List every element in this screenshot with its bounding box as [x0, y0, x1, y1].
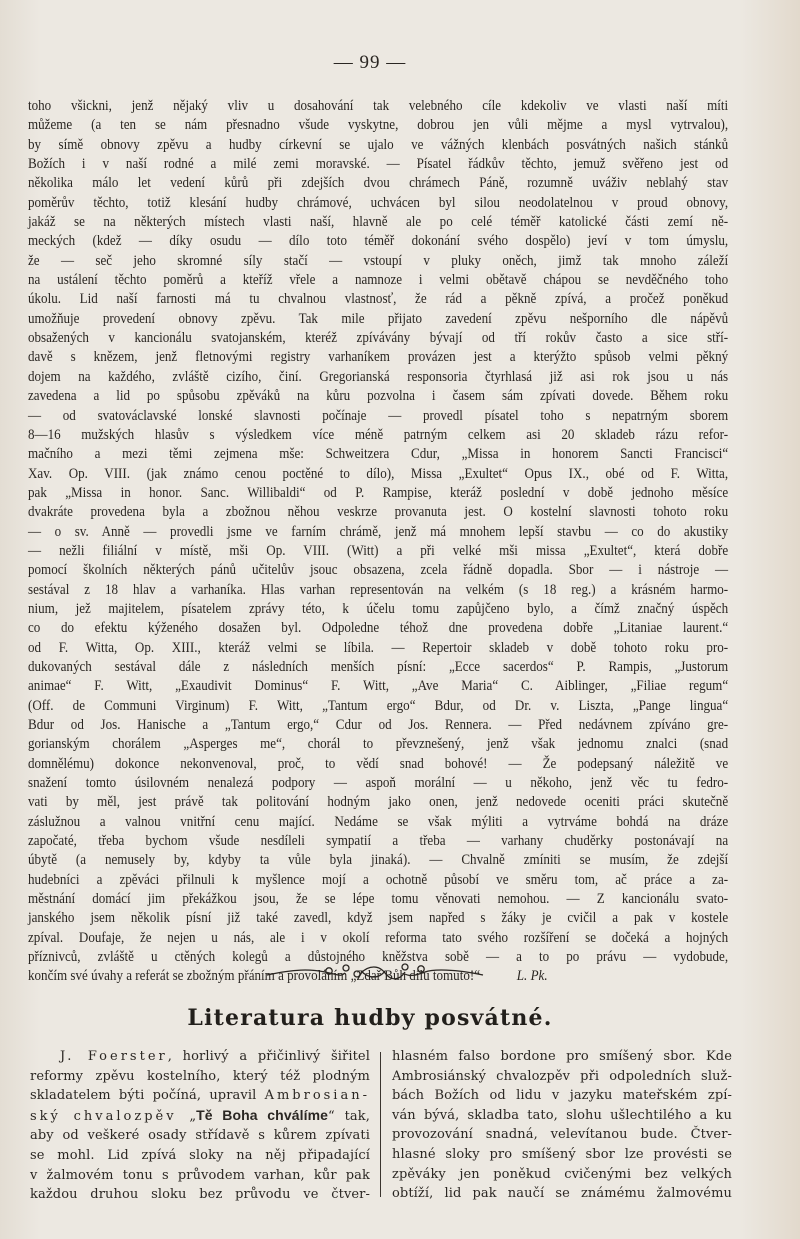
text-line: zpíval. Doufaje, že nejen u nás, ale i v…: [28, 929, 728, 948]
text-line: dvakráte provedena byla a zbožnou něhou …: [28, 503, 728, 522]
text-line: aby od veškeré osady střídavě s kůrem zp…: [30, 1126, 370, 1146]
text-line: davě s knězem, jenž fletnovými registry …: [28, 348, 728, 367]
text-fragment: , horlivý a přičinlivý šiřitel: [168, 1049, 370, 1064]
text-line: toho všickni, jenž nějaký vliv u dosahov…: [28, 97, 728, 116]
column-divider: [380, 1052, 381, 1197]
text-line: snažení tomto úsilovném nenalezá podpory…: [28, 774, 728, 793]
text-line: animae“ F. Witt, „Exaudivit Dominus“ F. …: [28, 677, 728, 696]
text-line: se mohl. Lid zpívá sloky na něj připadaj…: [30, 1146, 370, 1166]
scroll-flourish-divider-icon: [265, 955, 485, 985]
author-signature: L. Pk.: [517, 968, 548, 984]
text-line: skladatelem býti počíná, upravil Ambrosi…: [30, 1086, 370, 1106]
text-line: J. Foerster, horlivý a přičinlivý šiřite…: [30, 1047, 370, 1067]
text-line: dukovaných sestával dále z následních me…: [28, 658, 728, 677]
text-line: meckých (kdež — díky osudu — dílo toto t…: [28, 232, 728, 251]
text-line: městnání domácí jim překážkou jsou, že s…: [28, 890, 728, 909]
right-column: hlasném falso bordone pro smíšený sbor. …: [392, 1047, 732, 1204]
text-line: janského jsem několik písní již také zav…: [28, 909, 728, 928]
text-line: hudebníci a zpěváci přilnuli k myšlence …: [28, 871, 728, 890]
text-line: že — seč jeho skromné síly stačí — vstou…: [28, 252, 728, 271]
text-line: — o sv. Anně — provedli jsme ve farním c…: [28, 523, 728, 542]
text-line: záslužnou a valnou vnitřní cenu mající. …: [28, 813, 728, 832]
text-line: Božích i v naší rodné a milé zemi moravs…: [28, 155, 728, 174]
text-fragment: “ tak,: [328, 1109, 370, 1124]
hymn-title: Tě Boha chválíme: [196, 1107, 328, 1123]
article-body: toho všickni, jenž nějaký vliv u dosahov…: [28, 97, 728, 987]
text-line: zavedena a lid po spůsobu zpěváků na kůr…: [28, 387, 728, 406]
text-line: hlasném falso bordone pro smíšený sbor. …: [392, 1047, 732, 1067]
text-line: (Off. de Communi Virginum) F. Witt, „Tan…: [28, 697, 728, 716]
text-line: — nežli filiální v místě, mši Op. VIII. …: [28, 542, 728, 561]
text-line: každou druhou sloku bez průvodu ve čtver…: [30, 1185, 370, 1205]
text-line: domnělému) dokonce nekonvenoval, proč, t…: [28, 755, 728, 774]
text-line: reformy zpěvu kostelního, který též plod…: [30, 1067, 370, 1087]
text-line: úkolu. Lid naší farnosti má tu chvalnou …: [28, 290, 728, 309]
text-line: poměrův těchto, totiž klesání hudby chrá…: [28, 194, 728, 213]
text-line: od F. Witta, Op. XIII., kteráž velmi se …: [28, 639, 728, 658]
text-fragment: skladatelem býti počíná, upravil: [30, 1088, 265, 1103]
text-line: několika málo let vedení kůrů při zdejší…: [28, 174, 728, 193]
text-line: sestával z 18 hlav a varhaníka. Hlas var…: [28, 581, 728, 600]
text-line: jakáž se na některých místech vlasti naš…: [28, 213, 728, 232]
text-line: ván bývá, skladba tato, slohu ušlechtilé…: [392, 1106, 732, 1126]
text-line: dojem na každého, zvláště cizího, činí. …: [28, 368, 728, 387]
text-line: bách Božích od lidu v jazyku mateřském z…: [392, 1086, 732, 1106]
section-title: Literatura hudby posvátné.: [0, 1005, 740, 1031]
text-fragment: ský chvalozpěv: [30, 1109, 189, 1124]
text-line: obtíží, lid pak naučí se známému žalmové…: [392, 1184, 732, 1204]
left-column: J. Foerster, horlivý a přičinlivý šiřite…: [30, 1047, 370, 1205]
text-line: pomocí školních některých pánů učitelův …: [28, 561, 728, 580]
text-line: gorianským chorálem „Asperges me“, chorá…: [28, 735, 728, 754]
text-line: provozování snadná, velevítanou bude. Čt…: [392, 1125, 732, 1145]
text-line: vati by měl, jest právě tak politování h…: [28, 793, 728, 812]
author-name: J. Foerster: [60, 1049, 168, 1064]
text-line: — od svatováclavské lonské slavnosti poč…: [28, 407, 728, 426]
page-number: — 99 —: [0, 52, 740, 74]
text-line: hlasné sloky pro smíšený sbor lze provés…: [392, 1145, 732, 1165]
text-line: v žalmovém tonu s průvodem varhan, kůr p…: [30, 1166, 370, 1186]
text-line: co do efektu kýženého dosažen byl. Odpol…: [28, 619, 728, 638]
text-line: ský chvalozpěv „Tě Boha chválíme“ tak,: [30, 1106, 370, 1127]
text-line: umožňuje provedení obnovy zpěvu. Tak mil…: [28, 310, 728, 329]
text-line: započaté, třeba bychom všude nesdíleli s…: [28, 832, 728, 851]
text-line: Xav. Op. VIII. (jak známo cenou poctěné …: [28, 465, 728, 484]
text-line: obsažených v kancionálu svatojanském, kt…: [28, 329, 728, 348]
text-fragment: Ambrosian-: [265, 1088, 370, 1103]
text-line: Ambrosiánský chvalozpěv při odpoledních …: [392, 1067, 732, 1087]
text-line: Bdur od Jos. Hanische a „Tantum ergo,“ C…: [28, 716, 728, 735]
text-line: nium, jež majitelem, písatelem zprávy té…: [28, 600, 728, 619]
scanned-page: — 99 — toho všickni, jenž nějaký vliv u …: [0, 0, 800, 1239]
text-line: můžeme (a ten se nám přesnadno všude vys…: [28, 116, 728, 135]
text-line: by símě obnovy zpěvu a hudby církevní se…: [28, 136, 728, 155]
text-line: na ustálení těchto poměrů a kteříž vřele…: [28, 271, 728, 290]
text-line: úbytě (a nemusely by, kdyby ta vůle byla…: [28, 851, 728, 870]
text-line: 8—16 mužských hlasův s výsledkem více mé…: [28, 426, 728, 445]
text-line: pak „Missa in honor. Sanc. Willibaldi“ o…: [28, 484, 728, 503]
text-line: mačního a mezi těmi zejmena mše: Schweit…: [28, 445, 728, 464]
text-line: zpěváky jen poněkud cvičenými bez velkýc…: [392, 1165, 732, 1185]
